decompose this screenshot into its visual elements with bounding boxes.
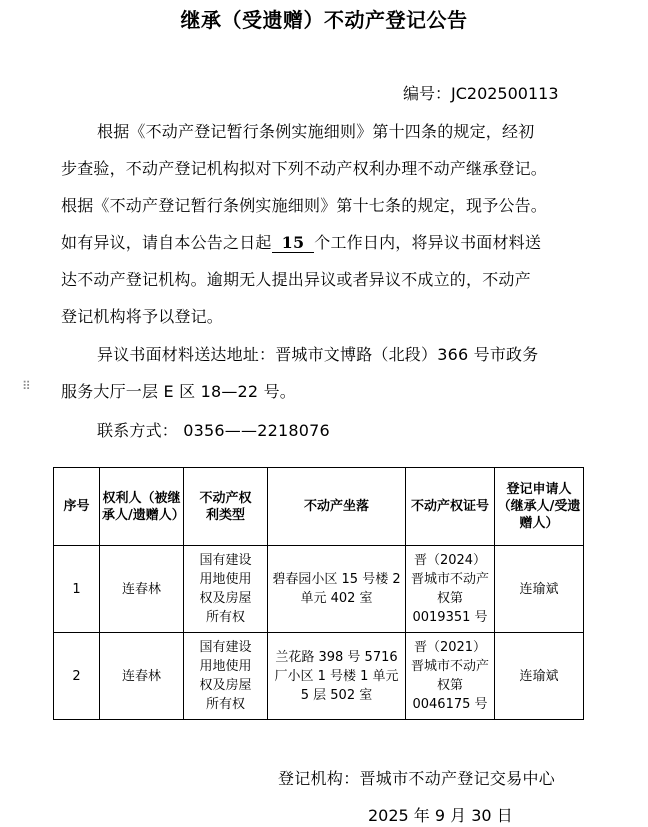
address-line: 服务大厅一层 E 区 18—22 号。 bbox=[61, 382, 296, 402]
paragraph-line: 步查验，不动产登记机构拟对下列不动产权利办理不动产继承登记。 bbox=[61, 159, 547, 179]
address-line: 异议书面材料送达地址：晋城市文博路（北段）366 号市政务 bbox=[97, 345, 538, 365]
objection-days: 15 bbox=[272, 234, 315, 253]
paragraph-line: 根据《不动产登记暂行条例实施细则》第十七条的规定，现予公告。 bbox=[61, 196, 547, 216]
drag-handle-icon[interactable]: ⠿ bbox=[22, 384, 32, 400]
header-applicant: 登记申请人（继承人/受遗赠人） bbox=[495, 468, 584, 546]
registration-organization: 登记机构：晋城市不动产登记交易中心 bbox=[278, 766, 555, 789]
cell-right-type: 国有建设用地使用权及房屋所有权 bbox=[184, 633, 268, 720]
cell-owner: 连春林 bbox=[100, 546, 184, 633]
table-header-row: 序号 权利人（被继承人/遗赠人） 不动产权利类型 不动产坐落 不动产权证号 登记… bbox=[54, 468, 584, 546]
text: 个工作日内，将异议书面材料送 bbox=[314, 233, 541, 252]
cell-certificate: 晋（2021）晋城市不动产权第 0046175 号 bbox=[406, 633, 495, 720]
header-right-type: 不动产权利类型 bbox=[184, 468, 268, 546]
paragraph-line: 登记机构将予以登记。 bbox=[61, 307, 223, 327]
cell-index: 1 bbox=[54, 546, 100, 633]
paragraph-line: 达不动产登记机构。逾期无人提出异议或者异议不成立的，不动产 bbox=[61, 270, 531, 290]
cell-applicant: 连瑜斌 bbox=[495, 546, 584, 633]
cell-applicant: 连瑜斌 bbox=[495, 633, 584, 720]
cell-location: 兰花路 398 号 5716 厂小区 1 号楼 1 单元 5 层 502 室 bbox=[268, 633, 406, 720]
cell-certificate: 晋（2024）晋城市不动产权第 0019351 号 bbox=[406, 546, 495, 633]
paragraph-line: 根据《不动产登记暂行条例实施细则》第十四条的规定，经初 bbox=[97, 122, 534, 142]
header-owner: 权利人（被继承人/遗赠人） bbox=[100, 468, 184, 546]
paragraph-line-objection-period: 如有异议，请自本公告之日起15个工作日内，将异议书面材料送 bbox=[61, 233, 541, 253]
header-location: 不动产坐落 bbox=[268, 468, 406, 546]
contact-line: 联系方式： 0356——2218076 bbox=[97, 421, 330, 441]
announcement-date: 2025 年 9 月 30 日 bbox=[368, 803, 513, 826]
cell-owner: 连春林 bbox=[100, 633, 184, 720]
cell-index: 2 bbox=[54, 633, 100, 720]
header-index: 序号 bbox=[54, 468, 100, 546]
document-title: 继承（受遗赠）不动产登记公告 bbox=[0, 4, 648, 33]
document-number: 编号：JC202500113 bbox=[403, 84, 559, 104]
table-row: 2 连春林 国有建设用地使用权及房屋所有权 兰花路 398 号 5716 厂小区… bbox=[54, 633, 584, 720]
table-row: 1 连春林 国有建设用地使用权及房屋所有权 碧春园小区 15 号楼 2 单元 4… bbox=[54, 546, 584, 633]
text: 如有异议，请自本公告之日起 bbox=[61, 233, 272, 252]
cell-right-type: 国有建设用地使用权及房屋所有权 bbox=[184, 546, 268, 633]
registration-table: 序号 权利人（被继承人/遗赠人） 不动产权利类型 不动产坐落 不动产权证号 登记… bbox=[53, 467, 584, 720]
header-certificate: 不动产权证号 bbox=[406, 468, 495, 546]
cell-location: 碧春园小区 15 号楼 2 单元 402 室 bbox=[268, 546, 406, 633]
